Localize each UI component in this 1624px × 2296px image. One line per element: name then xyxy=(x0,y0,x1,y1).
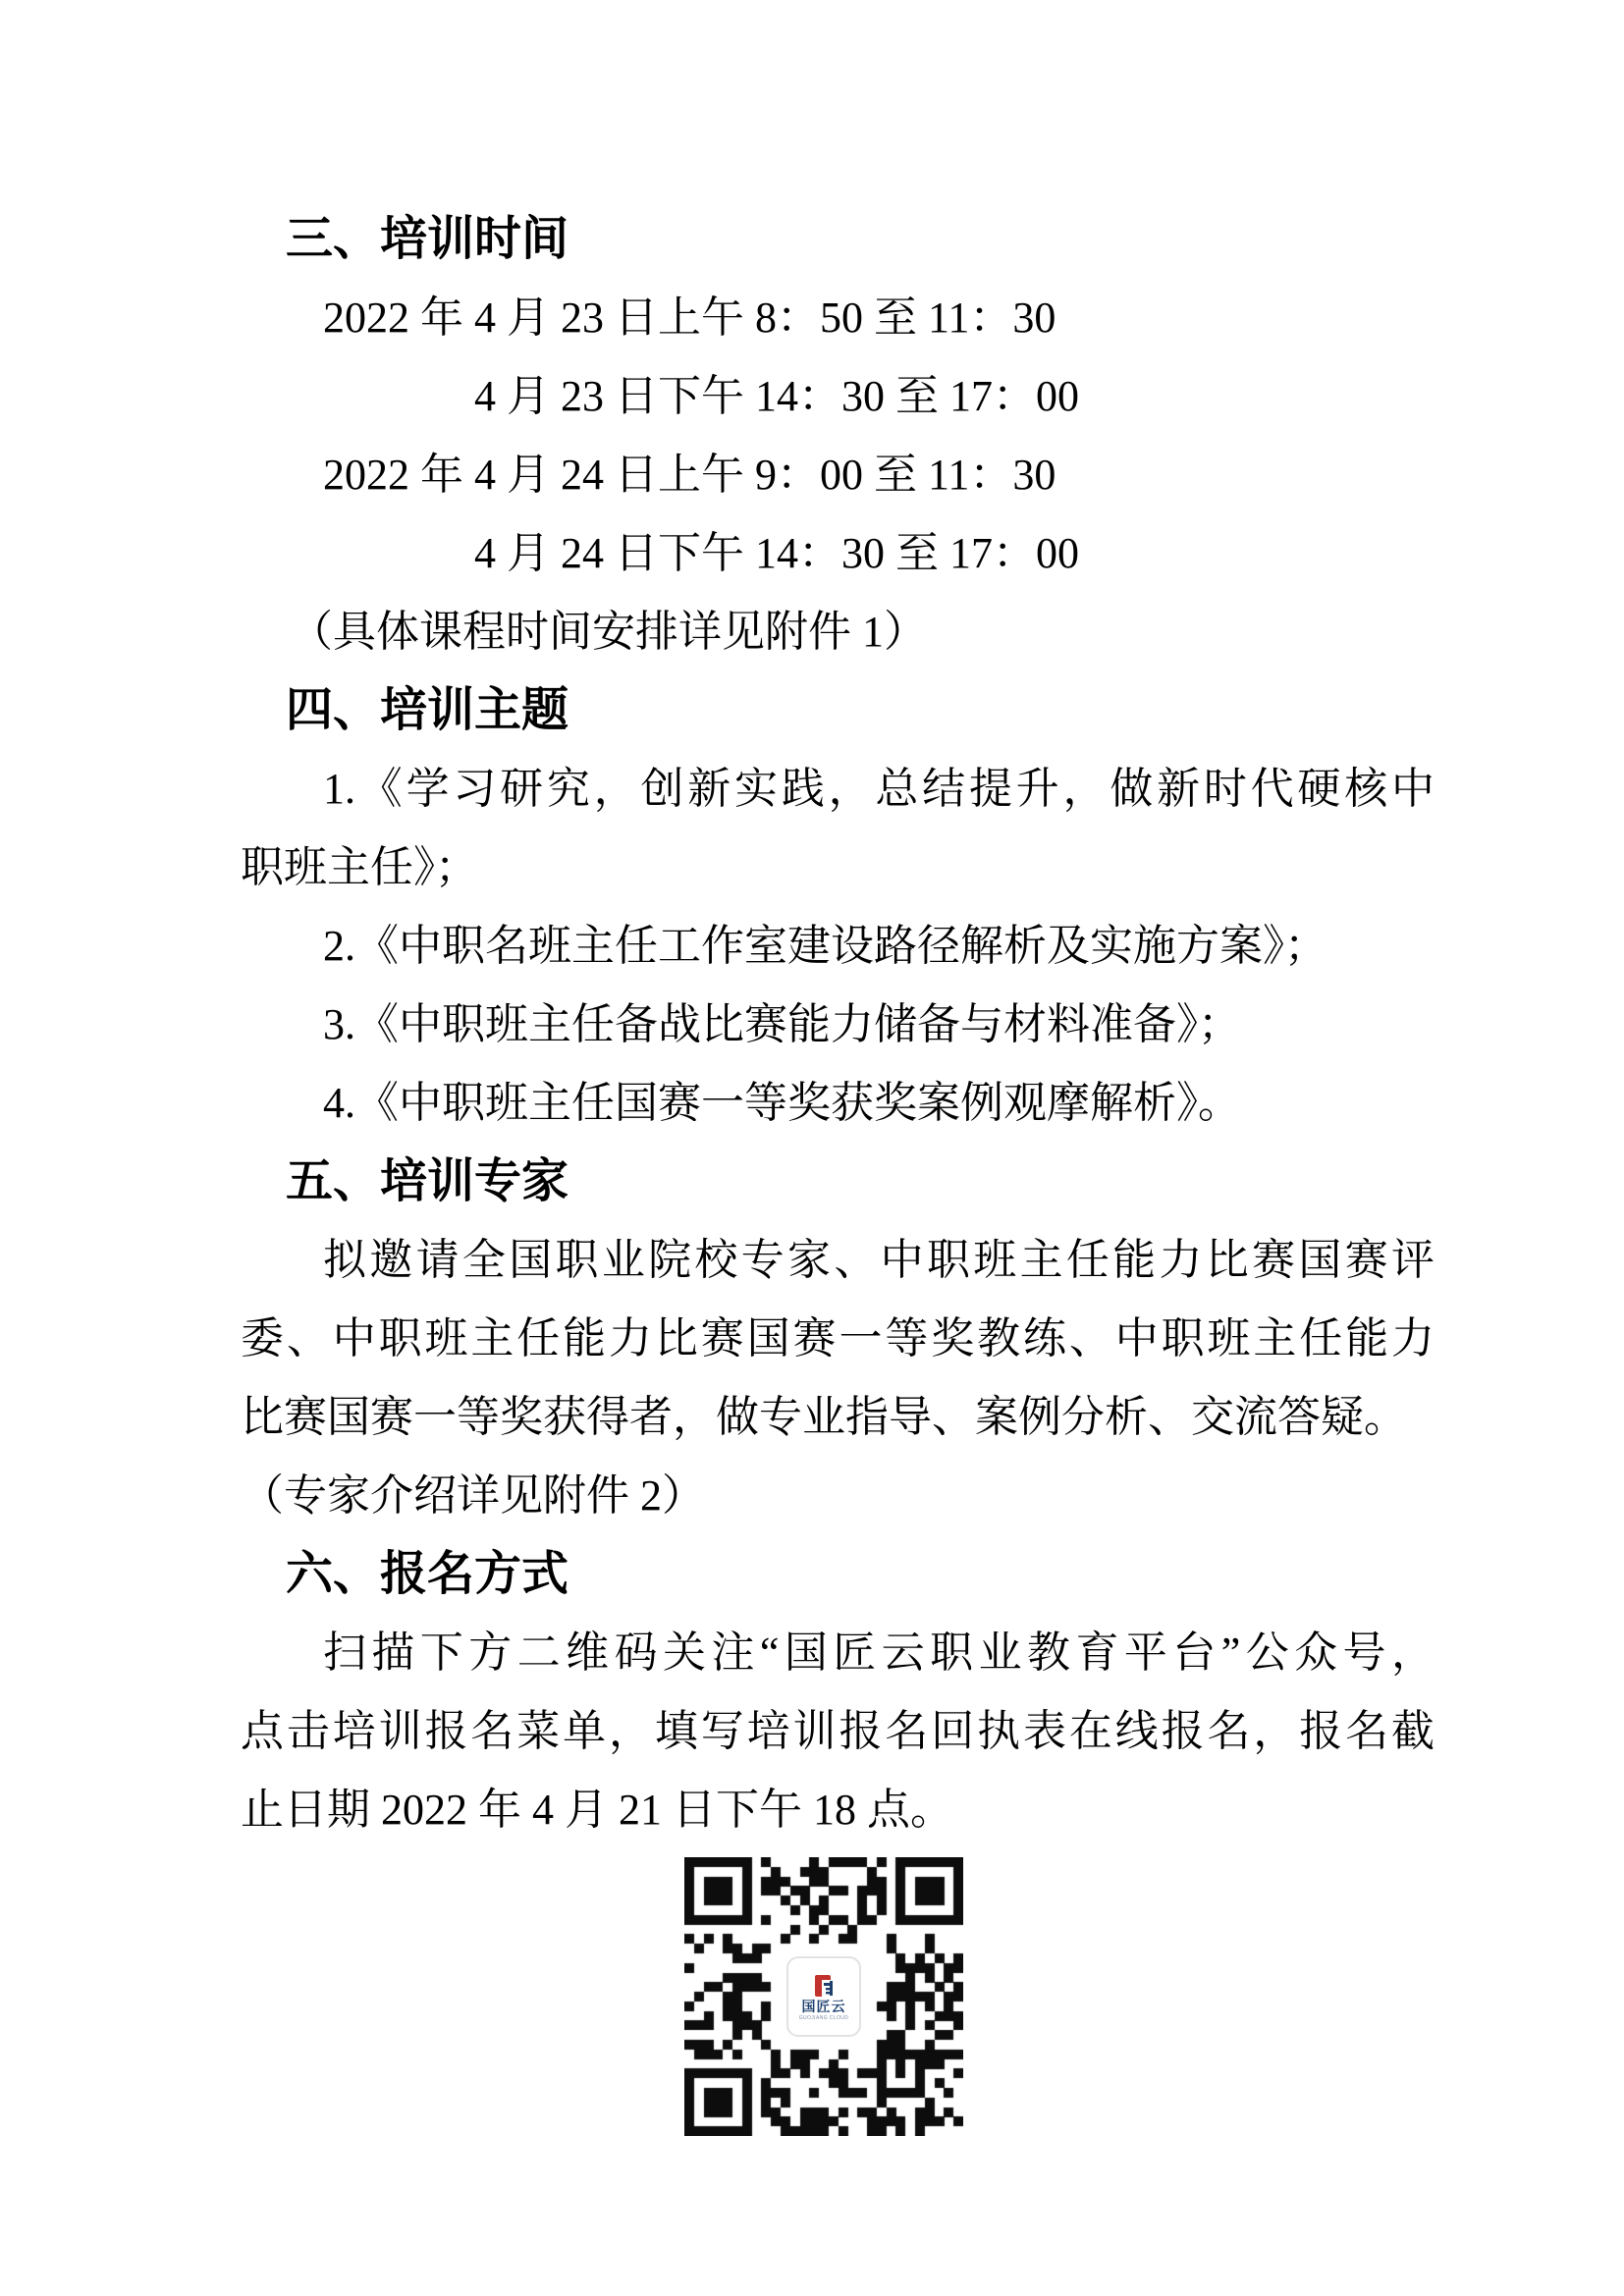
signup-paragraph-line-3: 止日期 2022 年 4 月 21 日下午 18 点。 xyxy=(241,1771,1435,1849)
document-page: 三、培训时间 2022 年 4 月 23 日上午 8：50 至 11：30 4 … xyxy=(0,0,1624,2296)
schedule-attachment-note: （具体课程时间安排详见附件 1） xyxy=(241,593,1435,671)
wechat-qr-code: 国匠云 GUOJIANG CLOUD xyxy=(684,1857,963,2136)
qr-logo-subtext: GUOJIANG CLOUD xyxy=(799,2015,849,2021)
document-body: 三、培训时间 2022 年 4 月 23 日上午 8：50 至 11：30 4 … xyxy=(241,200,1435,2136)
section-experts-heading: 五、培训专家 xyxy=(241,1143,1435,1221)
time-line-1: 2022 年 4 月 23 日上午 8：50 至 11：30 xyxy=(241,279,1435,357)
qr-center-logo: 国匠云 GUOJIANG CLOUD xyxy=(786,1956,861,2037)
section-signup-heading: 六、报名方式 xyxy=(241,1535,1435,1614)
time-line-3: 2022 年 4 月 24 日上午 9：00 至 11：30 xyxy=(241,436,1435,514)
experts-attachment-note: （专家介绍详见附件 2） xyxy=(241,1457,1435,1535)
signup-paragraph-line-1: 扫描下方二维码关注“国匠云职业教育平台”公众号， xyxy=(241,1614,1435,1692)
theme-item-3: 3.《中职班主任备战比赛能力储备与材料准备》； xyxy=(241,986,1435,1064)
theme-item-1-line-2: 职班主任》； xyxy=(241,828,1435,907)
section-theme-heading: 四、培训主题 xyxy=(241,671,1435,750)
section-time-heading: 三、培训时间 xyxy=(241,200,1435,279)
guojiang-logo-icon xyxy=(809,1973,839,1999)
experts-paragraph-line-3: 比赛国赛一等奖获得者，做专业指导、案例分析、交流答疑。 xyxy=(241,1378,1435,1457)
experts-paragraph-line-2: 委、中职班主任能力比赛国赛一等奖教练、中职班主任能力 xyxy=(241,1300,1435,1378)
theme-item-1-line-1: 1.《学习研究，创新实践，总结提升，做新时代硬核中 xyxy=(241,750,1435,828)
theme-item-2: 2.《中职名班主任工作室建设路径解析及实施方案》； xyxy=(241,907,1435,986)
theme-item-4: 4.《中职班主任国赛一等奖获奖案例观摩解析》。 xyxy=(241,1064,1435,1143)
qr-logo-text: 国匠云 xyxy=(802,2000,846,2014)
time-line-4: 4 月 24 日下午 14：30 至 17：00 xyxy=(241,514,1435,593)
signup-paragraph-line-2: 点击培训报名菜单，填写培训报名回执表在线报名，报名截 xyxy=(241,1692,1435,1771)
time-line-2: 4 月 23 日下午 14：30 至 17：00 xyxy=(241,357,1435,436)
experts-paragraph-line-1: 拟邀请全国职业院校专家、中职班主任能力比赛国赛评 xyxy=(241,1221,1435,1300)
